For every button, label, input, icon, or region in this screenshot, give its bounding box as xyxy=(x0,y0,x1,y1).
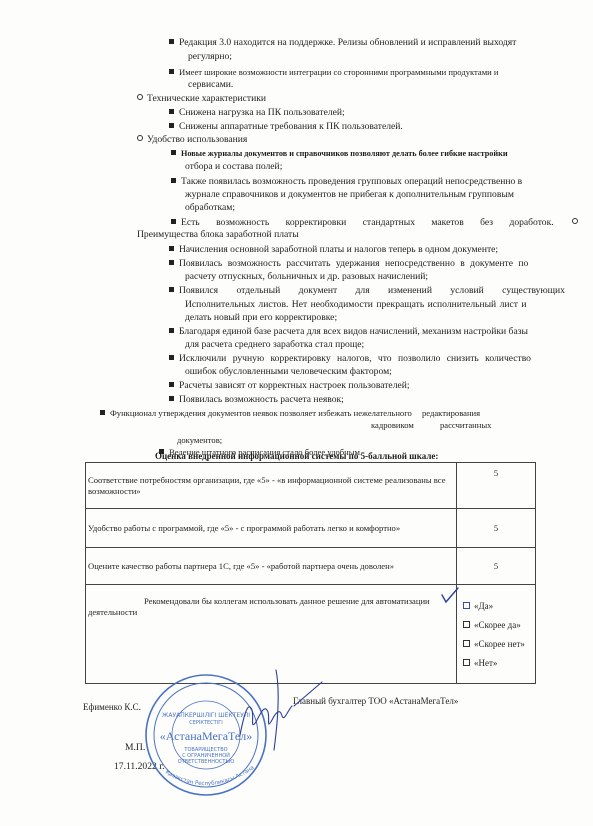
list-item: Редакция 3.0 находится на поддержке. Рел… xyxy=(169,37,513,49)
list-item: Также появилась возможность проведения г… xyxy=(171,176,513,188)
question-cell: Оцените качество работы партнера 1С, где… xyxy=(86,548,457,585)
score-cell: 5 xyxy=(457,509,536,548)
checkbox-icon[interactable] xyxy=(463,659,470,666)
list-item-continuation: регулярно; xyxy=(188,51,232,63)
circle-bullet-icon xyxy=(137,94,143,100)
list-item: Снижены аппаратные требования к ПК польз… xyxy=(169,121,403,133)
list-item: Расчеты зависят от корректных настроек п… xyxy=(169,380,410,392)
list-item-continuation: сервисами. xyxy=(188,79,233,91)
table-row: Оцените качество работы партнера 1С, где… xyxy=(86,548,536,585)
section-heading-tech: Технические характеристики xyxy=(137,93,266,105)
checkbox-icon[interactable] xyxy=(463,640,470,647)
option-no[interactable]: «Нет» xyxy=(463,654,533,673)
square-bullet-icon xyxy=(169,260,174,265)
square-bullet-icon xyxy=(169,109,174,114)
list-item-continuation: Исполнительных листов. Нет необходимости… xyxy=(185,299,527,311)
list-item-continuation: документов; xyxy=(177,434,222,446)
question-cell: Соответствие потребностям организации, г… xyxy=(86,463,457,509)
checkbox-icon[interactable] xyxy=(463,621,470,628)
square-bullet-icon xyxy=(169,123,174,128)
handwritten-checkmark-icon xyxy=(440,587,460,605)
list-item-continuation: ошибок обусловленными человеческим факто… xyxy=(185,366,392,378)
square-bullet-icon xyxy=(169,355,174,360)
square-bullet-icon xyxy=(171,150,176,155)
options-cell: «Да» «Скорее да» «Скорее нет» «Нет» xyxy=(457,585,536,684)
list-item: Есть возможность корректировки стандартн… xyxy=(171,217,513,229)
score-cell: 5 xyxy=(457,463,536,509)
list-item-continuation: обработкам; xyxy=(185,202,235,214)
list-item: Благодаря единой базе расчета для всех в… xyxy=(169,326,528,338)
list-item: Снижена нагрузка на ПК пользователей; xyxy=(169,107,345,119)
rating-title: Оценка внедренной информационной системы… xyxy=(155,450,438,462)
square-bullet-icon xyxy=(169,39,174,44)
list-item-continuation: журнале справочников и документов не при… xyxy=(185,189,513,201)
list-item: Функционал утверждения документов неявок… xyxy=(100,407,412,419)
circle-bullet-icon xyxy=(137,135,143,141)
list-item-continuation: рассчитанных xyxy=(440,419,491,431)
table-row: Соответствие потребностям организации, г… xyxy=(86,463,536,509)
list-item: Исключили ручную корректировку налогов, … xyxy=(169,353,531,365)
list-item: Появилась возможность расчета неявок; xyxy=(169,394,344,406)
list-item-continuation: редактирования xyxy=(422,407,480,419)
list-item: Новые журналы документов и справочников … xyxy=(171,148,508,160)
list-item-continuation: для расчета среднего заработка стал прощ… xyxy=(185,339,364,351)
square-bullet-icon xyxy=(169,287,174,292)
square-bullet-icon xyxy=(169,246,174,251)
option-rather-yes[interactable]: «Скорее да» xyxy=(463,616,533,635)
rating-table: Соответствие потребностям организации, г… xyxy=(85,462,536,684)
list-item-continuation: отбора и состава полей; xyxy=(185,161,282,173)
list-item: Начисления основной заработной платы и н… xyxy=(169,244,498,256)
list-item-continuation: расчету отпускных, больничных и др. разо… xyxy=(185,271,428,283)
document-page: Редакция 3.0 находится на поддержке. Рел… xyxy=(0,0,593,826)
list-item-continuation: кадровиком xyxy=(371,419,414,431)
circle-bullet-icon xyxy=(572,218,578,224)
square-bullet-icon xyxy=(171,178,176,183)
checkbox-checked-icon[interactable] xyxy=(463,602,470,609)
table-row: Удобство работы с программой, где «5» - … xyxy=(86,509,536,548)
square-bullet-icon xyxy=(169,69,174,74)
square-bullet-icon xyxy=(169,382,174,387)
square-bullet-icon xyxy=(100,410,105,415)
section-heading-salary: Преимущества блока заработной платы xyxy=(137,229,299,241)
list-item: Имеет широкие возможности интеграции со … xyxy=(169,66,499,78)
list-item-continuation: делать новый при его корректировке; xyxy=(185,312,337,324)
section-heading-usability: Удобство использования xyxy=(137,134,247,146)
handwritten-signature-icon xyxy=(210,660,330,770)
list-item: Появился отдельный документ для изменени… xyxy=(169,285,565,297)
option-rather-no[interactable]: «Скорее нет» xyxy=(463,635,533,654)
square-bullet-icon xyxy=(169,396,174,401)
question-cell: Удобство работы с программой, где «5» - … xyxy=(86,509,457,548)
square-bullet-icon xyxy=(169,328,174,333)
score-cell: 5 xyxy=(457,548,536,585)
option-yes[interactable]: «Да» xyxy=(463,597,533,616)
signer-name: Ефименко К.С. xyxy=(83,702,141,712)
square-bullet-icon xyxy=(171,219,176,224)
list-item: Появилась возможность рассчитать удержан… xyxy=(169,258,513,270)
